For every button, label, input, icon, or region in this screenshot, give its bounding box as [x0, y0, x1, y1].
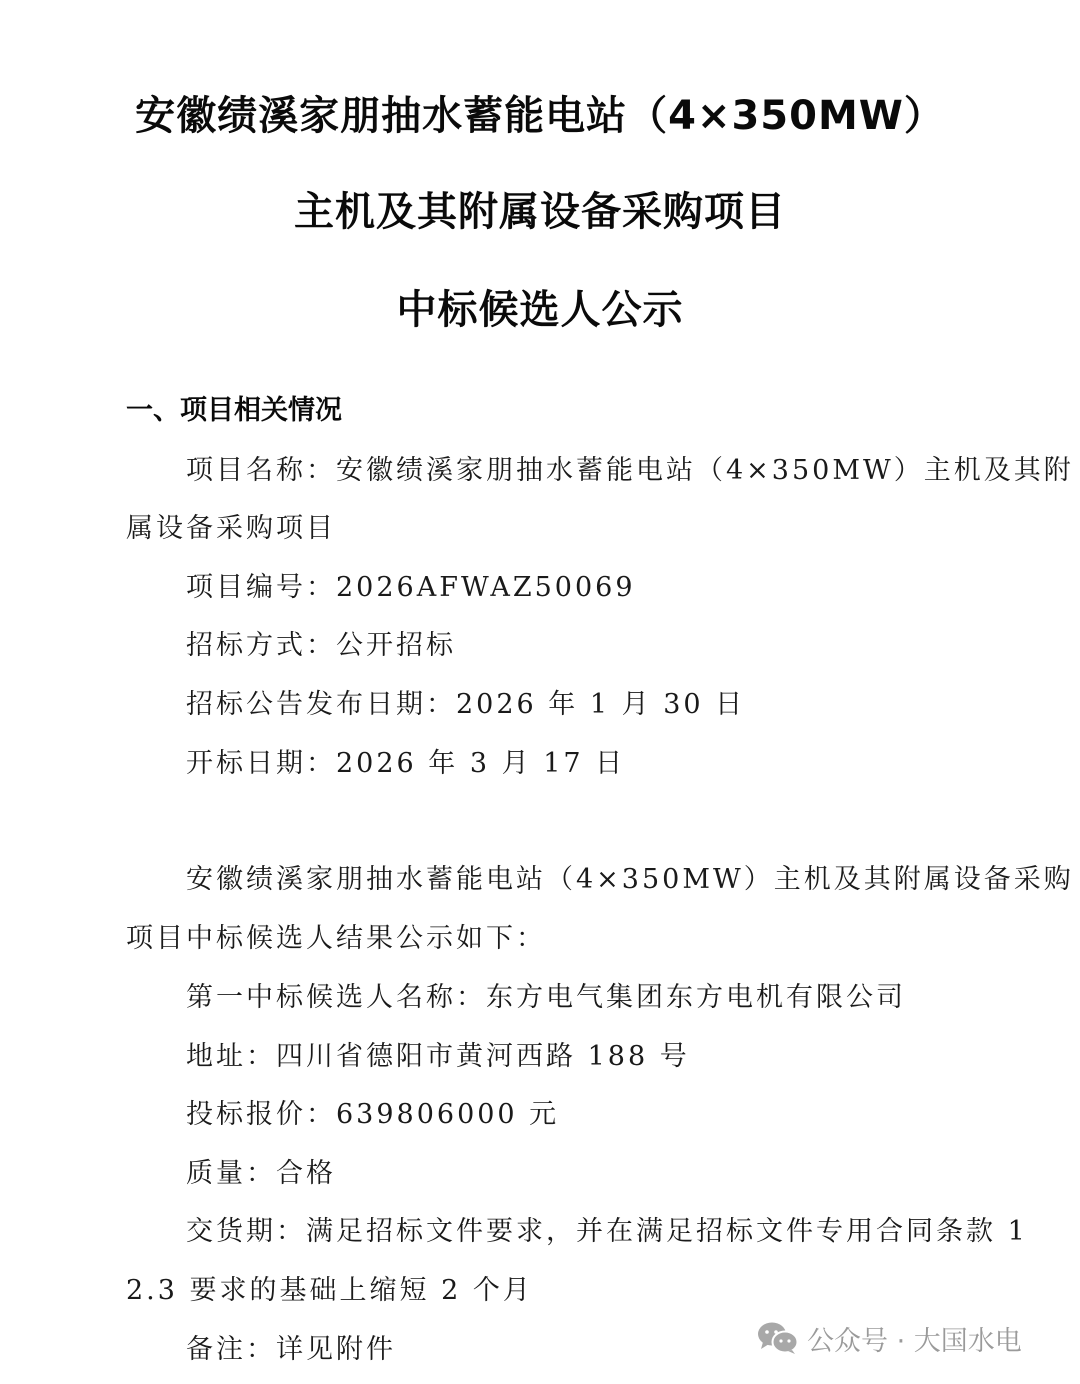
- page-title-line-3: 中标候选人公示: [0, 286, 1080, 334]
- page-title-line-2: 主机及其附属设备采购项目: [0, 188, 1080, 236]
- project-number: 项目编号：2026AFWAZ50069: [186, 570, 636, 606]
- remarks: 备注：详见附件: [186, 1332, 396, 1368]
- project-name-line-2: 属设备采购项目: [126, 511, 336, 547]
- page-title-line-1: 安徽绩溪家朋抽水蓄能电站（4×350MW）: [0, 92, 1080, 140]
- section-heading-project-info: 一、项目相关情况: [126, 393, 342, 429]
- bidding-method: 招标方式：公开招标: [186, 628, 456, 664]
- results-intro-line-1: 安徽绩溪家朋抽水蓄能电站（4×350MW）主机及其附属设备采购: [186, 862, 1074, 898]
- opening-date: 开标日期：2026 年 3 月 17 日: [186, 746, 625, 782]
- candidate-address: 地址：四川省德阳市黄河西路 188 号: [186, 1039, 690, 1075]
- bid-price: 投标报价：639806000 元: [186, 1097, 559, 1133]
- watermark-text: 公众号 · 大国水电: [807, 1319, 1022, 1358]
- project-name-line-1: 项目名称：安徽绩溪家朋抽水蓄能电站（4×350MW）主机及其附: [186, 453, 1074, 489]
- delivery-period-line-2: 2.3 要求的基础上缩短 2 个月: [126, 1273, 533, 1309]
- announcement-date: 招标公告发布日期：2026 年 1 月 30 日: [186, 687, 745, 723]
- first-candidate-name: 第一中标候选人名称：东方电气集团东方电机有限公司: [186, 980, 906, 1016]
- wechat-icon: [757, 1321, 799, 1355]
- delivery-period-line-1: 交货期：满足招标文件要求，并在满足招标文件专用合同条款 1: [186, 1214, 1028, 1250]
- quality: 质量：合格: [186, 1156, 336, 1192]
- watermark: 公众号 · 大国水电: [757, 1318, 1022, 1358]
- results-intro-line-2: 项目中标候选人结果公示如下：: [126, 921, 546, 957]
